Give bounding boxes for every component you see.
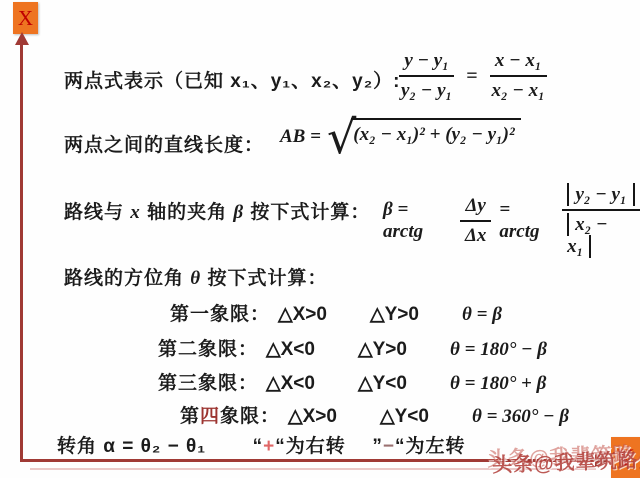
quadrant-row-1: 第一象限： △X>0 △Y>0 θ = β	[170, 299, 502, 326]
quadrant-3-theta: θ = 180° + β	[450, 373, 546, 395]
quadrant-4-dy: △Y<0	[380, 405, 472, 428]
distance-formula: AB = √ (x₂ − x₁)² + (y₂ − y₁)²	[280, 118, 521, 156]
quadrant-row-4: 第四象限： △X>0 △Y<0 θ = 360° − β	[180, 401, 569, 428]
distance-lhs: AB =	[280, 126, 321, 148]
azimuth-label: 路线的方位角 θ 按下式计算：	[64, 263, 327, 290]
quadrant-4-label: 第四象限：	[180, 401, 288, 428]
quadrant-3-dy: △Y<0	[358, 372, 450, 395]
quadrant-2-dy: △Y>0	[358, 338, 450, 361]
quadrant-4-number-highlight: 四	[200, 406, 220, 427]
quadrant-2-theta: θ = 180° − β	[450, 339, 547, 361]
beta-angle-label: 路线与 x 轴的夹角 β 按下式计算：	[64, 197, 370, 224]
var-theta: θ	[190, 268, 201, 289]
two-point-form-label: 两点式表示（已知 x₁、y₁、x₂、y₂）:	[64, 66, 400, 93]
minus-sign-gray: −	[383, 436, 395, 457]
fraction-y: y − y₁ y₂ − y₁	[396, 50, 457, 102]
fraction-x: x − x₁ x₂ − x₁	[487, 50, 550, 102]
equals-sign: =	[466, 65, 477, 88]
quadrant-4-dx: △X>0	[288, 405, 380, 428]
abs-fraction: y₂ − y₁ x₂ − x₁	[562, 184, 640, 258]
radicand: (x₂ − x₁)² + (y₂ − y₁)²	[351, 118, 520, 146]
y-axis-label-box: Y	[611, 437, 640, 478]
beta-mid: = arctg	[499, 199, 554, 243]
quadrant-1-dy: △Y>0	[370, 303, 462, 326]
x-axis-label-box: X	[13, 2, 38, 34]
turn-angle-equation: 转角 α = θ₂ − θ₁	[57, 436, 206, 457]
quadrant-3-dx: △X<0	[266, 372, 358, 395]
beta-formula: β = arctg Δy Δx = arctg y₂ − y₁ x₂ − x₁	[383, 184, 640, 258]
beta-lhs: β = arctg	[383, 199, 452, 243]
slide-canvas: X Y 两点式表示（已知 x₁、y₁、x₂、y₂）: y − y₁ y₂ − y…	[0, 0, 640, 478]
left-turn-text: 为左转	[405, 436, 465, 457]
y-axis-letter: Y	[617, 445, 634, 471]
quadrant-2-dx: △X<0	[266, 338, 358, 361]
quadrant-4-theta: θ = 360° − β	[472, 406, 569, 428]
abs-numerator: y₂ − y₁	[567, 183, 634, 206]
two-point-form-formula: y − y₁ y₂ − y₁ = x − x₁ x₂ − x₁	[396, 50, 550, 102]
quadrant-1-label: 第一象限：	[170, 299, 278, 326]
quadrant-row-3: 第三象限： △X<0 △Y<0 θ = 180° + β	[158, 368, 546, 395]
x-axis-line	[20, 42, 23, 462]
quadrant-1-theta: θ = β	[462, 304, 502, 326]
quadrant-1-dx: △X>0	[278, 303, 370, 326]
delta-fraction: Δy Δx	[460, 195, 491, 247]
right-turn-text: 为右转	[286, 436, 346, 457]
var-x: x	[130, 202, 141, 223]
quadrant-2-label: 第二象限：	[158, 334, 266, 361]
y-axis-arrowhead-icon	[595, 453, 610, 467]
quadrant-row-2: 第二象限： △X<0 △Y>0 θ = 180° − β	[158, 334, 547, 361]
x-axis-letter: X	[18, 6, 33, 31]
distance-label: 两点之间的直线长度：	[64, 130, 264, 157]
y-axis-line	[20, 459, 598, 462]
turn-angle-line: 转角 α = θ₂ − θ₁ “+“为右转 ”−“为左转	[57, 431, 465, 458]
plus-sign-red: +	[263, 436, 275, 457]
abs-denominator: x₂ − x₁	[567, 213, 607, 258]
var-beta: β	[233, 202, 244, 223]
y-axis-line-shadow	[30, 468, 596, 470]
quadrant-3-label: 第三象限：	[158, 368, 266, 395]
